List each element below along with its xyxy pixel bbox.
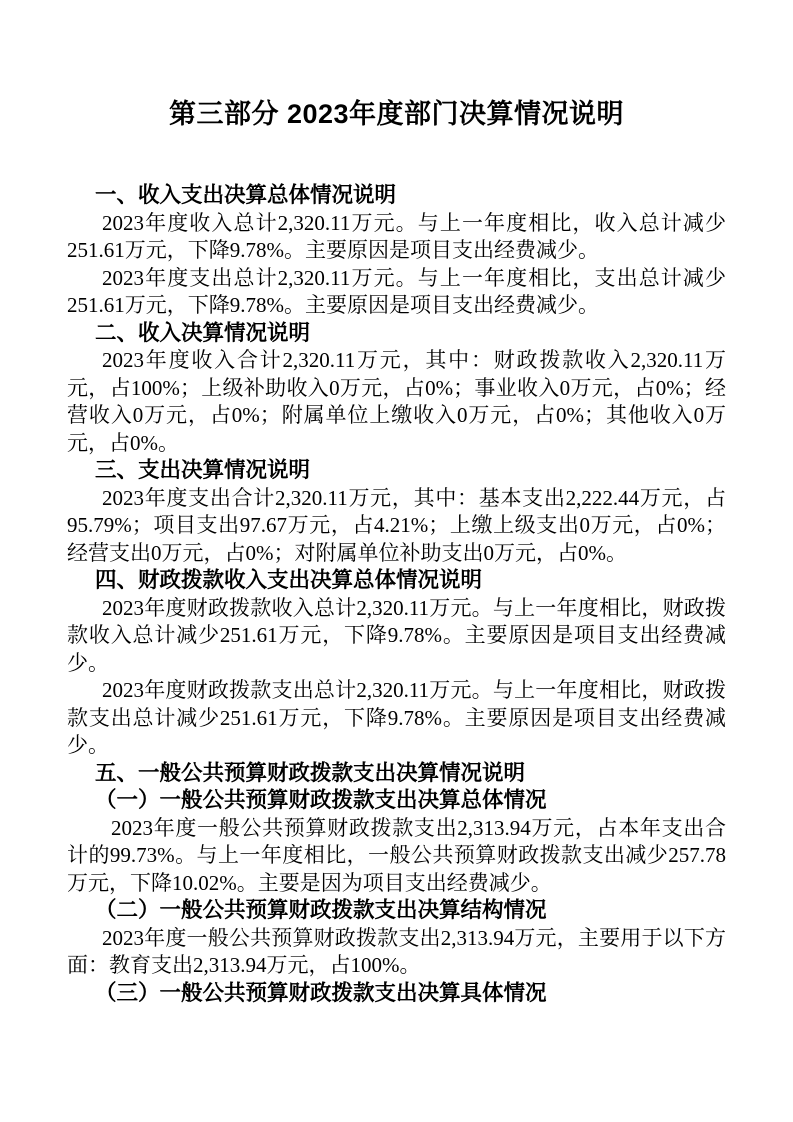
section-heading-fiscal-appropriation-overview: 四、财政拨款收入支出决算总体情况说明 bbox=[67, 567, 726, 595]
section-heading-general-public-budget: 五、一般公共预算财政拨款支出决算情况说明 bbox=[67, 760, 726, 788]
paragraph: 2023年度一般公共预算财政拨款支出2,313.94万元，主要用于以下方面：教育… bbox=[67, 925, 726, 980]
paragraph: 2023年度支出总计2,320.11万元。与上一年度相比，支出总计减少251.6… bbox=[67, 265, 726, 320]
section-heading-expenditure-detail: 三、支出决算情况说明 bbox=[67, 457, 726, 485]
page-title: 第三部分 2023年度部门决算情况说明 bbox=[67, 96, 726, 132]
subsection-heading-structure: （二）一般公共预算财政拨款支出决算结构情况 bbox=[67, 897, 726, 925]
paragraph: 2023年度财政拨款收入总计2,320.11万元。与上一年度相比，财政拨款收入总… bbox=[67, 595, 726, 678]
paragraph: 2023年度一般公共预算财政拨款支出2,313.94万元，占本年支出合计的99.… bbox=[67, 815, 726, 898]
subsection-heading-general-overview: （一）一般公共预算财政拨款支出决算总体情况 bbox=[67, 787, 726, 815]
section-heading-income-expenditure-overview: 一、收入支出决算总体情况说明 bbox=[67, 182, 726, 210]
paragraph: 2023年度收入总计2,320.11万元。与上一年度相比，收入总计减少251.6… bbox=[67, 210, 726, 265]
paragraph: 2023年度财政拨款支出总计2,320.11万元。与上一年度相比，财政拨款支出总… bbox=[67, 677, 726, 760]
document-page: 第三部分 2023年度部门决算情况说明 一、收入支出决算总体情况说明 2023年… bbox=[0, 0, 793, 1122]
paragraph: 2023年度收入合计2,320.11万元，其中：财政拨款收入2,320.11万元… bbox=[67, 347, 726, 457]
section-heading-income-detail: 二、收入决算情况说明 bbox=[67, 320, 726, 348]
subsection-heading-specifics: （三）一般公共预算财政拨款支出决算具体情况 bbox=[67, 980, 726, 1008]
paragraph: 2023年度支出合计2,320.11万元，其中：基本支出2,222.44万元，占… bbox=[67, 485, 726, 568]
